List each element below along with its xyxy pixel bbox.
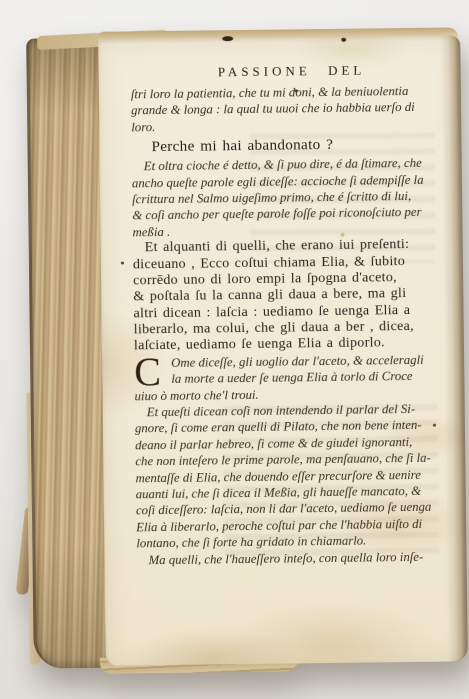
- paragraph-gospel: Et alquanti di quelli, che erano iui pre…: [133, 237, 456, 356]
- paragraph-heading: Perche mi hai abandonato ?: [131, 133, 453, 158]
- paragraph-commentary: Et queſti dicean coſi non intendendo il …: [135, 400, 459, 551]
- paragraph-commentary: Et oltra cioche é detto, & ſi puo dire, …: [132, 155, 455, 241]
- paragraph-dropcap: C Ome diceſſe, gli uoglio dar l'aceto, &…: [134, 351, 457, 404]
- paragraph-commentary: Ma quelli, che l'haueſſero inteſo, con q…: [136, 548, 458, 568]
- text-line: Ma quelli, che l'haueſſero inteſo, con q…: [136, 548, 458, 568]
- paragraph-continuation: ſtri loro la patientia, che tu mi doni, …: [131, 82, 454, 135]
- running-header: PASSIONE DEL: [131, 61, 453, 81]
- book: PASSIONE DEL ſtri loro la patientia, che…: [22, 27, 469, 674]
- ink-speck: [222, 36, 233, 41]
- text-block: PASSIONE DEL ſtri loro la patientia, che…: [131, 61, 459, 568]
- ink-speck: [341, 38, 346, 42]
- wormhole-speck: [121, 261, 124, 264]
- heading-line: Perche mi hai abandonato ?: [131, 133, 453, 158]
- fore-edge-page-stack: [26, 38, 111, 669]
- book-page: PASSIONE DEL ſtri loro la patientia, che…: [98, 35, 468, 665]
- drop-cap: C: [134, 356, 161, 388]
- photo-background: PASSIONE DEL ſtri loro la patientia, che…: [0, 0, 469, 699]
